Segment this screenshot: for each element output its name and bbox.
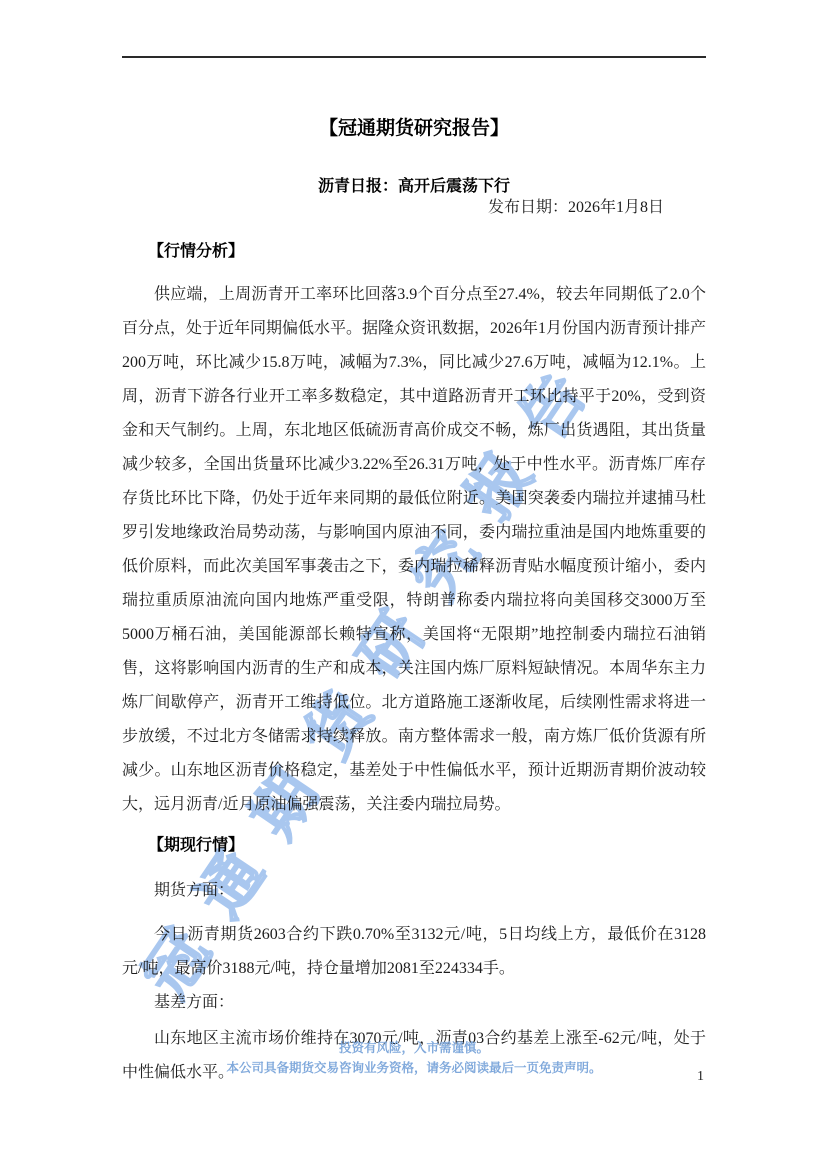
basis-aspect-label: 基差方面： <box>122 992 706 1014</box>
report-title: 沥青日报：高开后震荡下行 <box>122 176 706 198</box>
publish-date: 发布日期：2026年1月8日 <box>122 198 706 218</box>
section-heading-futures-spot: 【期现行情】 <box>122 836 706 856</box>
report-page: 冠通期货研究报告 【冠通期货研究报告】 沥青日报：高开后震荡下行 发布日期：20… <box>0 0 828 1170</box>
futures-aspect-paragraph: 今日沥青期货2603合约下跌0.70%至3132元/吨，5日均线上方，最低价在3… <box>122 918 706 986</box>
market-analysis-paragraph: 供应端，上周沥青开工率环比回落3.9个百分点至27.4%，较去年同期低了2.0个… <box>122 278 706 822</box>
futures-aspect-label: 期货方面： <box>122 880 706 902</box>
risk-warning-line: 投资有风险，入市需谨慎。 <box>0 1038 828 1058</box>
report-series-title: 【冠通期货研究报告】 <box>122 116 706 142</box>
header-divider <box>122 56 706 58</box>
page-number: 1 <box>697 1068 704 1086</box>
document-content: 【冠通期货研究报告】 沥青日报：高开后震荡下行 发布日期：2026年1月8日 【… <box>122 0 706 1090</box>
section-heading-market-analysis: 【行情分析】 <box>122 242 706 262</box>
